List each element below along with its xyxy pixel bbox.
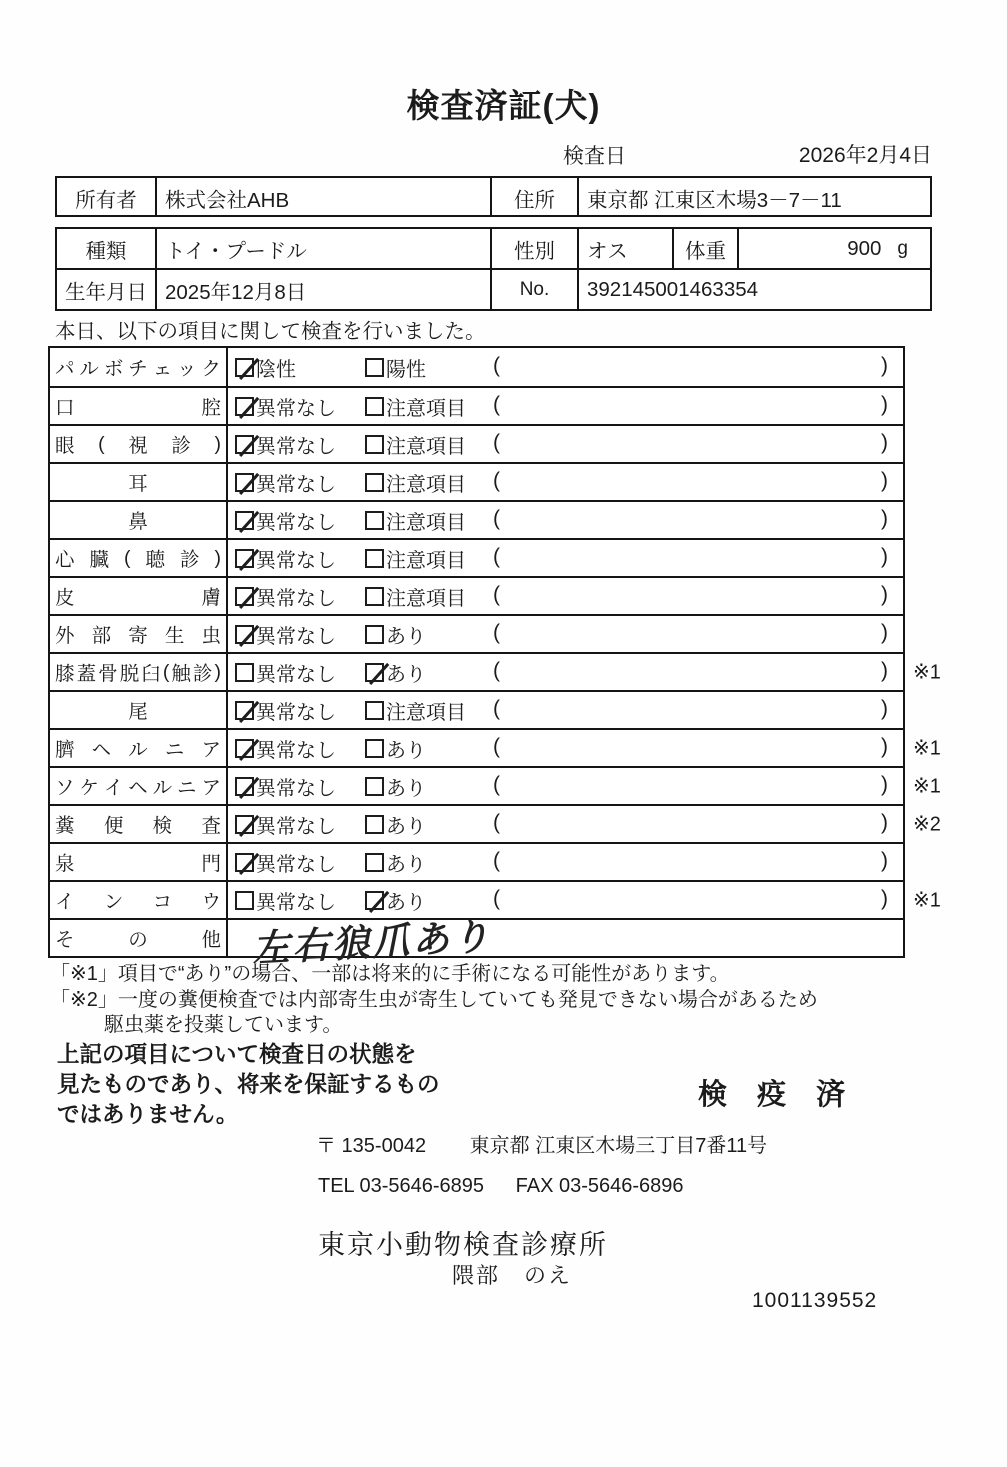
checklist-row-12: ソケイヘルニア 異常なし あり ( ) ※1	[50, 766, 903, 804]
checklist-row-content: 異常なし 注意項目 ( )	[228, 502, 903, 538]
option-2: 注意項目	[365, 464, 466, 500]
comment-paren-close: )	[881, 393, 888, 417]
option-2: あり	[365, 616, 426, 652]
clinic-name: 東京小動物検査診療所	[318, 1223, 608, 1262]
examiner-name: 隈部 のえ	[452, 1259, 572, 1290]
weight-label: 体重	[674, 229, 739, 268]
checklist-row-content: 異常なし あり ( )	[228, 806, 903, 842]
option-2: 注意項目	[365, 578, 466, 614]
checkbox-icon	[235, 473, 254, 492]
checkbox-icon	[235, 625, 254, 644]
tel-number: TEL 03-5646-6895	[318, 1175, 484, 1197]
option-1: 異常なし	[235, 806, 336, 842]
checklist-row-6: 心臓(聴診) 異常なし 注意項目 ( )	[50, 538, 903, 576]
checklist-item-label: 眼(視診)	[50, 426, 228, 462]
checklist-row-13: 糞便検査 異常なし あり ( ) ※2	[50, 804, 903, 842]
breed-label: 種類	[57, 229, 157, 268]
sex-value: オス	[579, 229, 674, 268]
comment-paren-open: (	[493, 469, 500, 493]
option-1: 異常なし	[235, 882, 336, 918]
checklist-row-content: 異常なし あり ( )	[228, 882, 903, 918]
address-label: 住所	[492, 178, 579, 217]
checklist-row-content: 異常なし あり ( )	[228, 844, 903, 880]
checklist-row-content: 異常なし 注意項目 ( )	[228, 578, 903, 614]
checklist-row-content: 異常なし 注意項目 ( )	[228, 426, 903, 462]
checklist-row-content: 左右狼爪あり	[228, 920, 903, 956]
option-1: 異常なし	[235, 388, 336, 424]
comment-paren-open: (	[493, 583, 500, 607]
checkbox-icon	[365, 891, 384, 910]
owner-table: 所有者 株式会社AHB 住所 東京都 江東区木場3－7－11	[55, 176, 932, 217]
comment-paren-close: )	[881, 507, 888, 531]
comment-paren-close: )	[881, 773, 888, 797]
street-address: 東京都 江東区木場三丁目7番11号	[470, 1135, 767, 1157]
checklist-row-content: 異常なし あり ( )	[228, 768, 903, 804]
footnote-line: 駆虫薬を投薬しています。	[104, 1013, 818, 1039]
disclaimer-line: ではありません。	[57, 1100, 440, 1130]
checkbox-icon	[235, 701, 254, 720]
birthdate-label: 生年月日	[57, 270, 157, 309]
comment-paren-close: )	[881, 431, 888, 455]
checklist-item-label: 泉門	[50, 844, 228, 880]
ref-mark: ※1	[913, 774, 941, 799]
option-1: 異常なし	[235, 502, 336, 538]
checkbox-icon	[365, 815, 384, 834]
no-label: No.	[492, 270, 579, 309]
checkbox-icon	[235, 358, 254, 377]
comment-paren-open: (	[493, 545, 500, 569]
comment-paren-open: (	[493, 849, 500, 873]
postal-code: 〒 135-0042	[316, 1135, 426, 1157]
checklist-item-label: 膝蓋骨脱臼(触診)	[50, 654, 228, 690]
option-2: 注意項目	[365, 502, 466, 538]
inspection-date-label: 検査日	[563, 140, 626, 170]
footnote-line: 「※2」一度の糞便検査では内部寄生虫が寄生していても発見できない場合があるため	[50, 988, 818, 1014]
birthdate-value: 2025年12月8日	[157, 270, 492, 309]
ref-mark: ※1	[913, 888, 941, 913]
weight-unit: g	[897, 238, 908, 260]
comment-paren-open: (	[493, 811, 500, 835]
breed-value: トイ・プードル	[157, 229, 492, 268]
checkbox-icon	[235, 397, 254, 416]
pet-table: 種類 トイ・プードル 性別 オス 体重 900 g 生年月日 2025年12月8…	[55, 227, 932, 311]
option-1: 異常なし	[235, 654, 336, 690]
checklist-row-content: 異常なし 注意項目 ( )	[228, 540, 903, 576]
comment-paren-open: (	[493, 354, 500, 378]
option-1: 異常なし	[235, 540, 336, 576]
no-value: 392145001463354	[579, 270, 930, 309]
checkbox-icon	[365, 511, 384, 530]
checklist-row-5: 鼻 異常なし 注意項目 ( )	[50, 500, 903, 538]
checkbox-icon	[365, 739, 384, 758]
option-2: あり	[365, 654, 426, 690]
checkbox-icon	[235, 853, 254, 872]
option-1: 異常なし	[235, 730, 336, 766]
checklist-row-content: 異常なし 注意項目 ( )	[228, 692, 903, 728]
option-1: 異常なし	[235, 464, 336, 500]
inspection-date-value: 2026年2月4日	[799, 139, 932, 169]
ref-mark: ※1	[913, 736, 941, 761]
page-title: 検査済証(犬)	[0, 80, 1007, 127]
option-2: 注意項目	[365, 540, 466, 576]
checklist-item-label: 耳	[50, 464, 228, 500]
intro-text: 本日、以下の項目に関して検査を行いました。	[55, 314, 486, 344]
comment-paren-close: )	[881, 849, 888, 873]
footnotes: 「※1」項目で“あり”の場合、一部は将来的に手術になる可能性があります。「※2」…	[50, 962, 818, 1039]
checklist-row-11: 臍ヘルニア 異常なし あり ( ) ※1	[50, 728, 903, 766]
checkbox-icon	[235, 511, 254, 530]
option-2: あり	[365, 806, 426, 842]
checkbox-icon	[365, 473, 384, 492]
comment-paren-close: )	[881, 697, 888, 721]
checkbox-icon	[365, 625, 384, 644]
checklist-item-label: ソケイヘルニア	[50, 768, 228, 804]
weight-value-cell: 900 g	[739, 229, 930, 268]
footnote-line: 「※1」項目で“あり”の場合、一部は将来的に手術になる可能性があります。	[50, 962, 818, 988]
checklist-item-label: 外部寄生虫	[50, 616, 228, 652]
owner-value: 株式会社AHB	[157, 178, 492, 217]
tel-fax-line: TEL 03-5646-6895 FAX 03-5646-6896	[318, 1175, 684, 1198]
comment-paren-open: (	[493, 393, 500, 417]
checklist-row-content: 異常なし 注意項目 ( )	[228, 464, 903, 500]
option-2: 注意項目	[365, 426, 466, 462]
sex-label: 性別	[492, 229, 579, 268]
checkbox-icon	[235, 587, 254, 606]
option-1: 異常なし	[235, 578, 336, 614]
checkbox-icon	[235, 663, 254, 682]
owner-row: 所有者 株式会社AHB 住所 東京都 江東区木場3－7－11	[57, 178, 930, 217]
option-1: 陰性	[235, 348, 296, 386]
option-1: 異常なし	[235, 768, 336, 804]
checklist-item-label: 心臓(聴診)	[50, 540, 228, 576]
checkbox-icon	[365, 435, 384, 454]
quarantine-stamp: 検 疫 済	[698, 1072, 856, 1113]
checklist-row-9: 膝蓋骨脱臼(触診) 異常なし あり ( ) ※1	[50, 652, 903, 690]
checklist-item-label: 皮膚	[50, 578, 228, 614]
checkbox-icon	[235, 815, 254, 834]
option-2: 陽性	[365, 348, 426, 386]
checkbox-icon	[365, 777, 384, 796]
option-1: 異常なし	[235, 616, 336, 652]
option-1: 異常なし	[235, 426, 336, 462]
option-2: 注意項目	[365, 692, 466, 728]
ref-mark: ※2	[913, 812, 941, 837]
checklist-row-2: 口腔 異常なし 注意項目 ( )	[50, 386, 903, 424]
comment-paren-close: )	[881, 887, 888, 911]
comment-paren-open: (	[493, 431, 500, 455]
checklist-item-label: 口腔	[50, 388, 228, 424]
postal-address-line: 〒 135-0042 東京都 江東区木場三丁目7番11号	[316, 1129, 767, 1158]
checklist-item-label: 糞便検査	[50, 806, 228, 842]
checklist-row-content: 陰性 陽性 ( )	[228, 348, 903, 386]
comment-paren-open: (	[493, 697, 500, 721]
comment-paren-open: (	[493, 507, 500, 531]
checklist-row-7: 皮膚 異常なし 注意項目 ( )	[50, 576, 903, 614]
comment-paren-open: (	[493, 773, 500, 797]
checklist-row-3: 眼(視診) 異常なし 注意項目 ( )	[50, 424, 903, 462]
checkbox-icon	[235, 891, 254, 910]
checkbox-icon	[365, 358, 384, 377]
option-1: 異常なし	[235, 844, 336, 880]
checkbox-icon	[365, 701, 384, 720]
breed-row: 種類 トイ・プードル 性別 オス 体重 900 g	[57, 229, 930, 268]
checklist-row-10: 尾 異常なし 注意項目 ( )	[50, 690, 903, 728]
checklist-row-other: その他左右狼爪あり	[50, 918, 903, 956]
checkbox-icon	[365, 853, 384, 872]
checkbox-icon	[365, 663, 384, 682]
checkbox-icon	[235, 435, 254, 454]
ref-mark: ※1	[913, 660, 941, 685]
comment-paren-close: )	[881, 659, 888, 683]
certificate-page: 検査済証(犬) 検査日 2026年2月4日 所有者 株式会社AHB 住所 東京都…	[0, 0, 1007, 1467]
checklist-row-content: 異常なし 注意項目 ( )	[228, 388, 903, 424]
weight-value: 900	[847, 237, 881, 261]
comment-paren-open: (	[493, 735, 500, 759]
checklist-item-label: 鼻	[50, 502, 228, 538]
checklist-item-label: その他	[50, 920, 228, 956]
option-2: あり	[365, 768, 426, 804]
disclaimer-line: 見たものであり、将来を保証するもの	[57, 1070, 440, 1100]
checklist-item-label: パルボチェック	[50, 348, 228, 386]
option-2: あり	[365, 844, 426, 880]
checklist-item-label: 臍ヘルニア	[50, 730, 228, 766]
owner-label: 所有者	[57, 178, 157, 217]
comment-paren-close: )	[881, 621, 888, 645]
fax-number: FAX 03-5646-6896	[516, 1175, 684, 1197]
address-value: 東京都 江東区木場3－7－11	[579, 178, 930, 217]
option-2: 注意項目	[365, 388, 466, 424]
checkbox-icon	[365, 549, 384, 568]
checklist-table: パルボチェック 陰性 陽性 ( ) 口腔 異常なし	[48, 346, 905, 958]
birth-row: 生年月日 2025年12月8日 No. 392145001463354	[57, 268, 930, 309]
comment-paren-close: )	[881, 545, 888, 569]
comment-paren-close: )	[881, 735, 888, 759]
serial-number: 1001139552	[752, 1289, 877, 1313]
option-1: 異常なし	[235, 692, 336, 728]
checkbox-icon	[365, 587, 384, 606]
checklist-row-content: 異常なし あり ( )	[228, 730, 903, 766]
checklist-item-label: 尾	[50, 692, 228, 728]
checklist-row-content: 異常なし あり ( )	[228, 616, 903, 652]
checklist-row-content: 異常なし あり ( )	[228, 654, 903, 690]
checkbox-icon	[235, 777, 254, 796]
checklist-row-4: 耳 異常なし 注意項目 ( )	[50, 462, 903, 500]
disclaimer-line: 上記の項目について検査日の状態を	[57, 1040, 440, 1070]
checklist-row-8: 外部寄生虫 異常なし あり ( )	[50, 614, 903, 652]
comment-paren-close: )	[881, 811, 888, 835]
checklist-row-14: 泉門 異常なし あり ( )	[50, 842, 903, 880]
checkbox-icon	[235, 739, 254, 758]
comment-paren-open: (	[493, 621, 500, 645]
comment-paren-close: )	[881, 354, 888, 378]
option-2: あり	[365, 730, 426, 766]
checkbox-icon	[235, 549, 254, 568]
disclaimer-text: 上記の項目について検査日の状態を見たものであり、将来を保証するものではありません…	[57, 1040, 440, 1130]
comment-paren-close: )	[881, 469, 888, 493]
comment-paren-open: (	[493, 659, 500, 683]
checkbox-icon	[365, 397, 384, 416]
checklist-item-label: インコウ	[50, 882, 228, 918]
checklist-row-1: パルボチェック 陰性 陽性 ( )	[50, 348, 903, 386]
comment-paren-close: )	[881, 583, 888, 607]
